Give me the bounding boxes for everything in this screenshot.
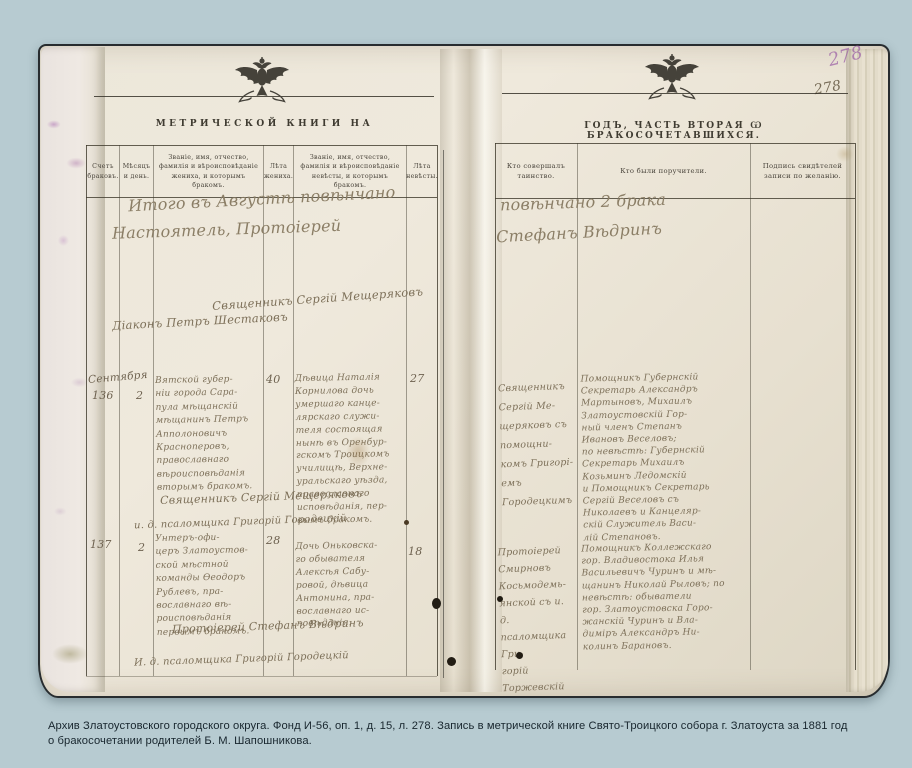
ink-stain xyxy=(836,146,854,162)
record-groom-age: 40 xyxy=(266,373,280,386)
wormhole xyxy=(432,598,441,609)
wormhole xyxy=(447,657,456,666)
record-bride-age: 27 xyxy=(410,372,424,385)
record-day: 2 xyxy=(138,541,145,554)
record-number: 137 xyxy=(90,538,112,551)
imperial-eagle-icon xyxy=(233,56,291,108)
screenshot-root: { "caption": { "line1": "Архив Златоусто… xyxy=(0,0,912,768)
imperial-eagle-icon xyxy=(643,53,701,105)
table-grid-line xyxy=(86,676,437,677)
record-officiant: Священникъ Сергій Ме- щеряковъ съ помощн… xyxy=(498,377,579,513)
caption-line-2: о бракосочетании родителей Б. М. Шапошни… xyxy=(48,734,878,749)
column-header-month-day: Мѣсяцъ и день. xyxy=(120,146,153,197)
table-grid-line xyxy=(495,143,496,670)
record-groom-age: 28 xyxy=(266,534,280,547)
book-gutter-shadow xyxy=(440,49,502,692)
record-number: 136 xyxy=(92,389,114,402)
record-bride-age: 18 xyxy=(408,545,422,558)
marbled-endpaper xyxy=(41,47,105,692)
left-page-title: МЕТРИЧЕСКОЙ КНИГИ НА xyxy=(92,119,437,129)
table-grid-line xyxy=(86,145,87,676)
caption-line-1: Архив Златоустовского городского округа.… xyxy=(48,719,878,734)
table-grid-line xyxy=(855,143,856,670)
record-guarantors: Помощникъ Губернскій Секретарь Александр… xyxy=(581,371,750,545)
record-officiant: Протоіерей Смирновъ Косьмодемь- янской с… xyxy=(497,542,578,698)
corner-stain xyxy=(52,644,88,664)
record-guarantors: Помощникъ Коллежскаго гор. Владивостока … xyxy=(581,541,749,654)
wormhole xyxy=(404,520,409,525)
column-header-officiant: Кто совершалъ таинство. xyxy=(496,144,576,198)
wormhole xyxy=(497,596,503,602)
page-edge-line xyxy=(443,150,444,678)
wormhole xyxy=(516,652,523,659)
right-page-title: ГОДЪ, ЧАСТЬ ВТОРАЯ Ѡ БРАКОСОЧЕТАВШИХСЯ. xyxy=(498,120,850,141)
record-groom-details: Вятской губер- ніи города Сара- пула мѣщ… xyxy=(155,373,263,495)
ink-stain xyxy=(346,436,370,468)
record-day: 2 xyxy=(136,389,143,402)
column-header-count: Счетъ браковъ. xyxy=(87,146,119,197)
